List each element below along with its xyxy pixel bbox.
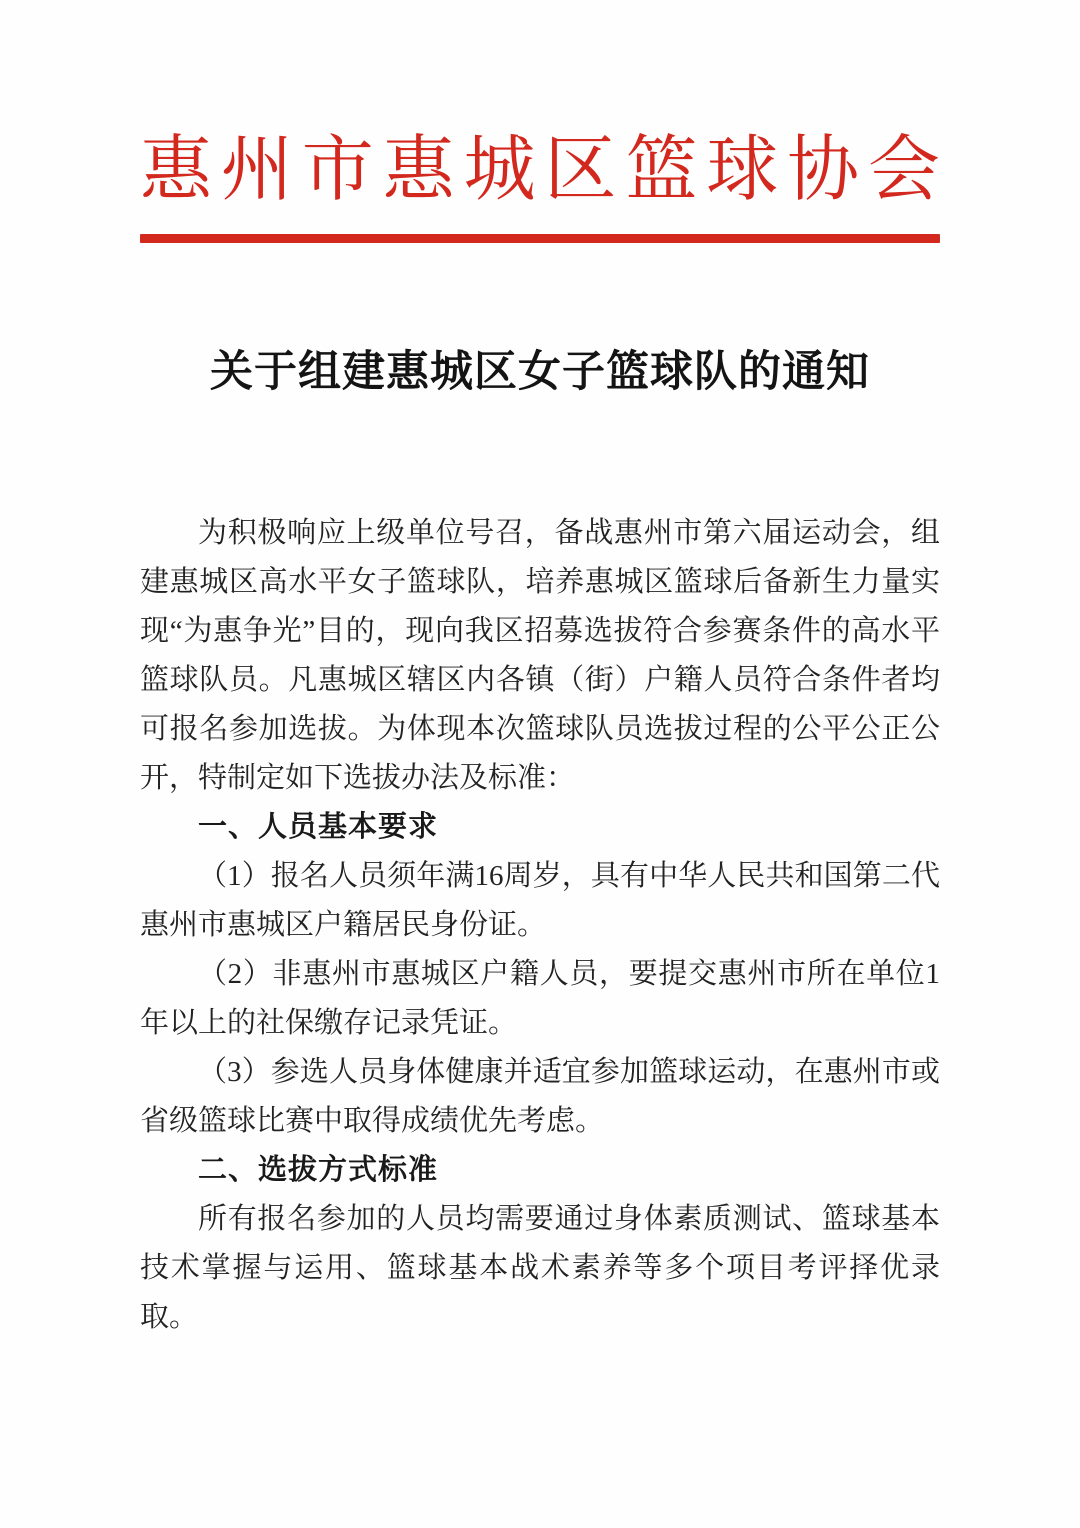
paragraph-requirement-2: （2）非惠州市惠城区户籍人员，要提交惠州市所在单位1年以上的社保缴存记录凭证。 [140, 950, 940, 1048]
paragraph-requirement-3: （3）参选人员身体健康并适宜参加篮球运动，在惠州市或省级篮球比赛中取得成绩优先考… [140, 1048, 940, 1146]
paragraph-selection: 所有报名参加的人员均需要通过身体素质测试、篮球基本技术掌握与运用、篮球基本战术素… [140, 1195, 940, 1342]
letterhead-rule [140, 234, 940, 243]
document-title: 关于组建惠城区女子篮球队的通知 [0, 347, 1080, 399]
section-heading-requirements: 一、人员基本要求 [140, 803, 940, 852]
paragraph-intro: 为积极响应上级单位号召，备战惠州市第六届运动会，组建惠城区高水平女子篮球队，培养… [140, 509, 940, 803]
document-body: 为积极响应上级单位号召，备战惠州市第六届运动会，组建惠城区高水平女子篮球队，培养… [140, 509, 940, 1342]
letterhead-org-name: 惠州市惠城区篮球协会 [140, 134, 940, 206]
section-heading-selection: 二、选拔方式标准 [140, 1146, 940, 1195]
paragraph-requirement-1: （1）报名人员须年满16周岁，具有中华人民共和国第二代惠州市惠城区户籍居民身份证… [140, 852, 940, 950]
letterhead: 惠州市惠城区篮球协会 [0, 0, 1080, 243]
document-page: 惠州市惠城区篮球协会 关于组建惠城区女子篮球队的通知 为积极响应上级单位号召，备… [0, 0, 1080, 1528]
